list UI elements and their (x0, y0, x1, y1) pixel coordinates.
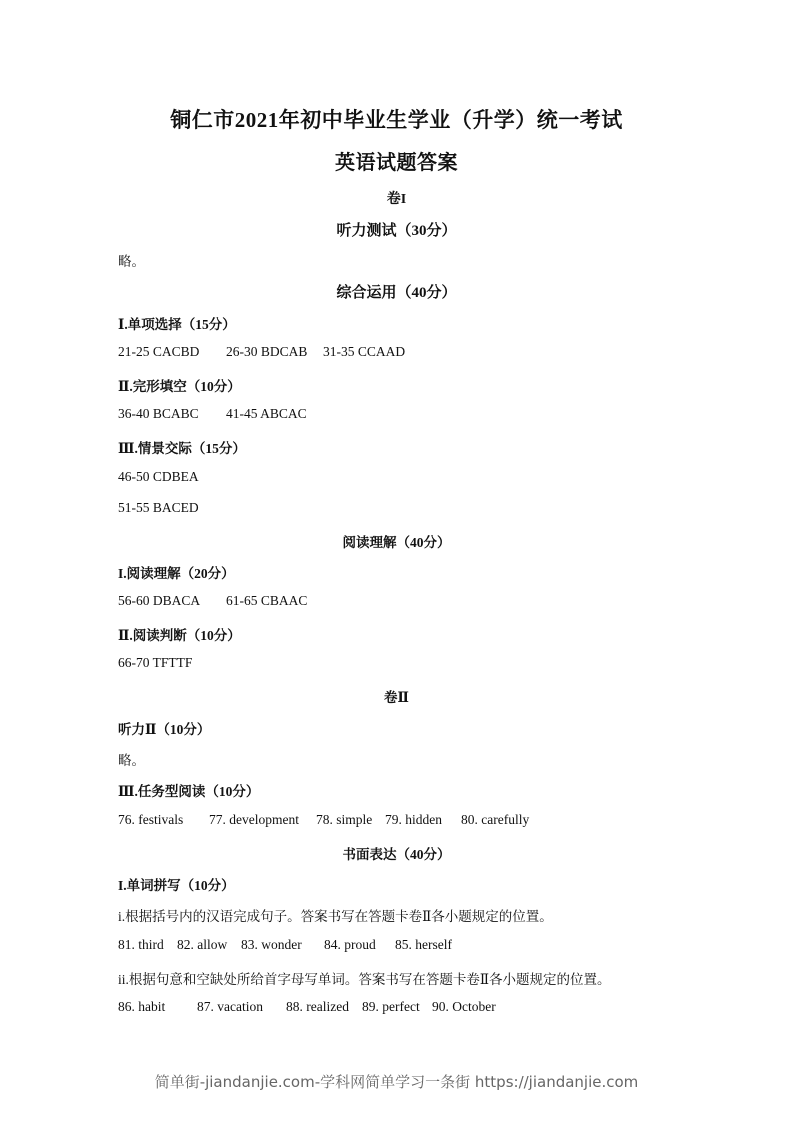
answer-item: 76. festivals (118, 812, 209, 828)
answer-item: 87. vacation (197, 999, 286, 1015)
footer-watermark: 简单街-jiandanjie.com-学科网简单学习一条街 https://ji… (0, 1071, 793, 1092)
listening-note: 略。 (118, 250, 145, 270)
answer-item: 85. herself (395, 937, 452, 953)
listening-heading: 听力测试（30分） (0, 219, 793, 240)
spelling-instruction-ii: ii.根据句意和空缺处所给首字母写单词。答案书写在答题卡卷Ⅱ各小题规定的位置。 (118, 968, 611, 988)
answer-group: 31-35 CCAAD (323, 344, 405, 360)
section-judgement-heading: Ⅱ.阅读判断（10分） (118, 624, 241, 644)
answer-item: 78. simple (316, 812, 385, 828)
task-reading-answers: 76. festivals77. development78. simple79… (118, 812, 529, 828)
task-reading-heading: Ⅲ.任务型阅读（10分） (118, 780, 259, 800)
cloze-answers: 36-40 BCABC41-45 ABCAC (118, 406, 307, 422)
reading-heading: 阅读理解（40分） (0, 531, 793, 551)
spelling-answers-i: 81. third82. allow83. wonder84. proud85.… (118, 937, 452, 953)
answer-group: 36-40 BCABC (118, 406, 226, 422)
section-cloze-heading: Ⅱ.完形填空（10分） (118, 375, 241, 395)
document-subtitle: 英语试题答案 (0, 146, 793, 175)
listening-2-note: 略。 (118, 749, 145, 769)
answer-group: 21-25 CACBD (118, 344, 226, 360)
spelling-heading: I.单词拼写（10分） (118, 874, 235, 894)
answer-item: 79. hidden (385, 812, 461, 828)
answer-group: 61-65 CBAAC (226, 593, 307, 609)
answer-item: 88. realized (286, 999, 362, 1015)
comprehensive-heading: 综合运用（40分） (0, 281, 793, 302)
answer-item: 90. October (432, 999, 496, 1015)
writing-heading: 书面表达（40分） (0, 843, 793, 863)
answer-group: 26-30 BDCAB (226, 344, 323, 360)
volume-2-heading: 卷Ⅱ (0, 686, 793, 706)
listening-2-heading: 听力Ⅱ（10分） (118, 718, 210, 738)
dialogue-answers-2: 51-55 BACED (118, 500, 199, 516)
spelling-instruction-i: i.根据括号内的汉语完成句子。答案书写在答题卡卷Ⅱ各小题规定的位置。 (118, 905, 553, 925)
reading-answers: 56-60 DBACA61-65 CBAAC (118, 593, 307, 609)
document-title: 铜仁市2021年初中毕业生学业（升学）统一考试 (0, 104, 793, 134)
answer-item: 83. wonder (241, 937, 324, 953)
answer-group: 56-60 DBACA (118, 593, 226, 609)
section-reading-heading: I.阅读理解（20分） (118, 562, 235, 582)
spelling-answers-ii: 86. habit87. vacation88. realized89. per… (118, 999, 496, 1015)
answer-item: 86. habit (118, 999, 197, 1015)
single-choice-answers: 21-25 CACBD26-30 BDCAB31-35 CCAAD (118, 344, 405, 360)
answer-group: 41-45 ABCAC (226, 406, 307, 422)
volume-1-heading: 卷I (0, 188, 793, 208)
answer-item: 89. perfect (362, 999, 432, 1015)
judgement-answers: 66-70 TFTTF (118, 655, 192, 671)
answer-item: 82. allow (177, 937, 241, 953)
section-single-choice-heading: Ⅰ.单项选择（15分） (118, 313, 236, 333)
answer-item: 80. carefully (461, 812, 529, 828)
dialogue-answers-1: 46-50 CDBEA (118, 469, 199, 485)
answer-item: 84. proud (324, 937, 395, 953)
section-dialogue-heading: Ⅲ.情景交际（15分） (118, 437, 246, 457)
answer-item: 77. development (209, 812, 316, 828)
answer-item: 81. third (118, 937, 177, 953)
